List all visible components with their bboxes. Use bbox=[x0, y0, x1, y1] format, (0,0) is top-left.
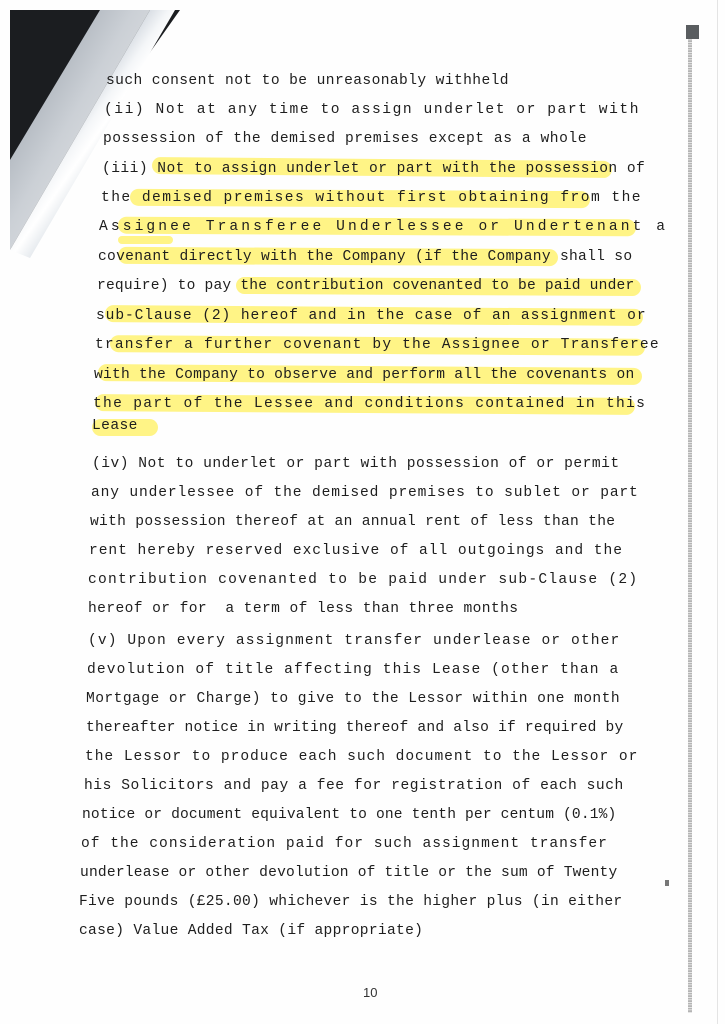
text-line: the Lessor to produce each such document… bbox=[85, 748, 638, 766]
text-line: Five pounds (£25.00) whichever is the hi… bbox=[79, 893, 622, 911]
text-line: sub-Clause (2) hereof and in the case of… bbox=[96, 307, 647, 325]
page-right-border bbox=[717, 0, 718, 1024]
text-line: Mortgage or Charge) to give to the Lesso… bbox=[86, 690, 620, 708]
scanned-page: such consent not to be unreasonably with… bbox=[0, 0, 725, 1024]
text-line: any underlessee of the demised premises … bbox=[91, 484, 639, 502]
text-line: notice or document equivalent to one ten… bbox=[82, 806, 616, 824]
text-line: with possession thereof at an annual ren… bbox=[90, 513, 615, 531]
text-line: (v) Upon every assignment transfer under… bbox=[88, 632, 620, 650]
text-line: Assignee Transferee Underlessee or Under… bbox=[99, 218, 668, 236]
text-line: with the Company to observe and perform … bbox=[94, 366, 634, 384]
text-line: covenant directly with the Company (if t… bbox=[98, 248, 632, 266]
text-line: transfer a further covenant by the Assig… bbox=[95, 336, 660, 354]
page-number: 10 bbox=[363, 985, 377, 1000]
text-line: Lease bbox=[92, 417, 138, 435]
text-line: require) to pay the contribution covenan… bbox=[97, 277, 634, 295]
text-line: hereof or for a term of less than three … bbox=[88, 600, 518, 618]
text-line: devolution of title affecting this Lease… bbox=[87, 661, 619, 679]
text-line: (ii) Not at any time to assign underlet … bbox=[104, 101, 640, 119]
text-line: the part of the Lessee and conditions co… bbox=[93, 395, 646, 413]
scanner-edge-mark bbox=[686, 25, 699, 39]
text-line: thereafter notice in writing thereof and… bbox=[86, 719, 623, 737]
text-line: (iii) Not to assign underlet or part wit… bbox=[102, 160, 645, 178]
text-line: of the consideration paid for such assig… bbox=[81, 835, 608, 853]
text-line: the demised premises without first obtai… bbox=[101, 189, 642, 207]
text-line: contribution covenanted to be paid under… bbox=[88, 571, 638, 589]
text-line: case) Value Added Tax (if appropriate) bbox=[79, 922, 423, 940]
text-line: his Solicitors and pay a fee for registr… bbox=[84, 777, 624, 795]
scanner-edge-line bbox=[688, 38, 692, 1013]
text-line: such consent not to be unreasonably with… bbox=[106, 72, 509, 90]
highlight-stroke bbox=[118, 236, 173, 244]
scan-speck bbox=[665, 880, 669, 886]
text-line: possession of the demised premises excep… bbox=[103, 130, 587, 148]
text-line: (iv) Not to underlet or part with posses… bbox=[92, 455, 620, 473]
text-line: underlease or other devolution of title … bbox=[80, 864, 617, 882]
text-line: rent hereby reserved exclusive of all ou… bbox=[89, 542, 623, 560]
